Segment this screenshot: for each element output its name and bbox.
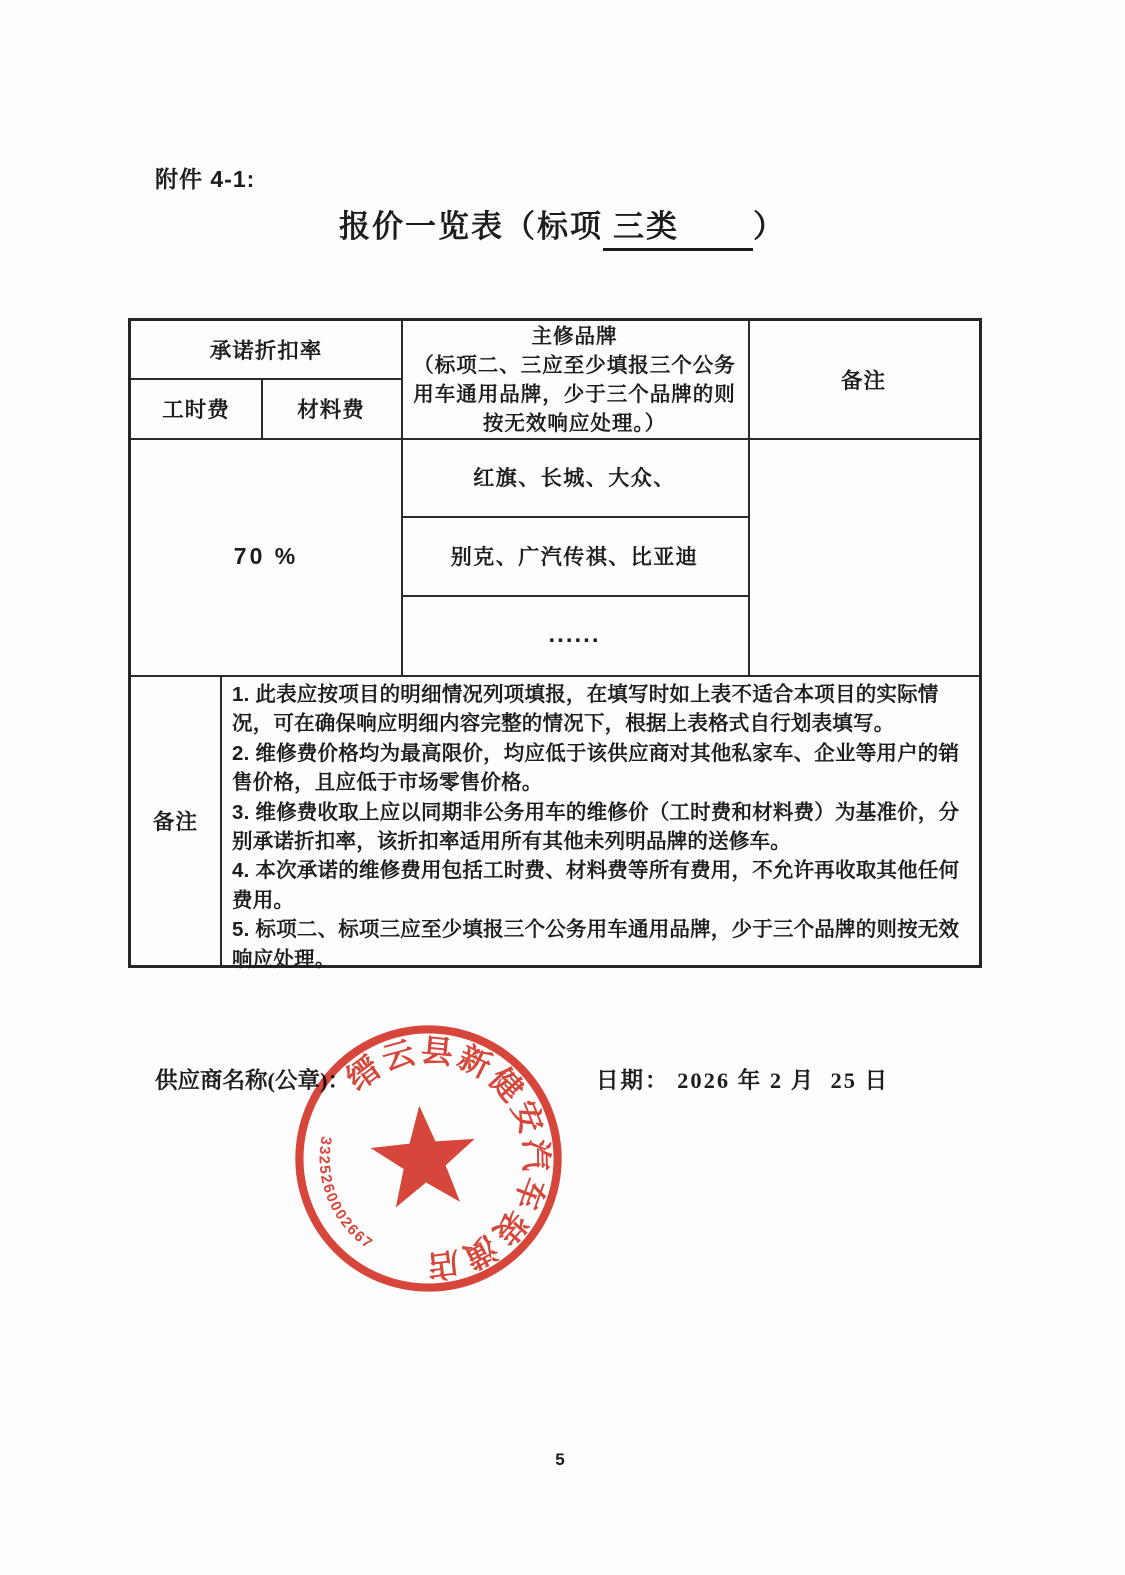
attachment-label: 附件 4-1: [155,161,255,194]
supplier-name-label: 供应商名称(公章)： [155,1063,350,1095]
page-number: 5 [540,1450,580,1470]
seal-outer-ring [284,1014,573,1303]
page-title: 报价一览表（标项三类） [0,201,1125,251]
svg-text:缙云县新健安汽车装潢店: 缙云县新健安汽车装潢店 [332,1014,573,1295]
seal-company-name: 缙云县新健安汽车装潢店 [332,1014,573,1295]
company-seal-stamp: 缙云县新健安汽车装潢店 3325260002667 [284,1014,573,1303]
header-main-brands-note: （标项二、三应至少填报三个公务用车通用品牌，少于三个品牌的则按无效响应处理。） [407,351,742,438]
brand-row-1: 红旗、长城、大众、 [401,438,748,516]
remark-item-1: 1. 此表应按项目的明细情况列项填报，在填写时如上表不适合本项目的实际情况，可在… [232,680,969,739]
remarks-content-cell: 1. 此表应按项目的明细情况列项填报，在填写时如上表不适合本项目的实际情况，可在… [220,675,979,965]
remark-item-5: 5. 标项二、标项三应至少填报三个公务用车通用品牌，少于三个品牌的则按无效响应处… [232,915,969,974]
title-prefix: 报价一览表（标项 [339,201,603,246]
remark-item-2: 2. 维修费价格均为最高限价，均应低于该供应商对其他私家车、企业等用户的销售价格… [232,739,969,798]
brand-row-3: ...... [401,595,748,675]
header-labor-fee: 工时费 [131,378,261,438]
header-material-fee: 材料费 [261,378,401,438]
svg-text:3325260002667: 3325260002667 [299,1130,381,1261]
date-label: 日期： [596,1068,670,1093]
seal-star-icon [363,1091,495,1226]
remarks-label-cell: 备注 [131,675,220,965]
date-value: 2026 年 2 月 25 日 [677,1068,889,1093]
remark-item-4: 4. 本次承诺的维修费用包括工时费、材料费等所有费用，不允许再收取其他任何费用。 [232,856,969,915]
remarks-empty-cell [748,438,979,675]
discount-value-cell: 70 % [131,438,401,675]
title-blank-value: 三类 [603,201,753,251]
seal-registration-number: 3325260002667 [299,1130,381,1261]
quotation-table: 承诺折扣率 工时费 材料费 主修品牌 （标项二、三应至少填报三个公务用车通用品牌… [128,318,982,968]
document-page: 附件 4-1: 报价一览表（标项三类） 承诺折扣率 工时费 材料费 主修品牌 （… [0,0,1125,1575]
brand-row-2: 别克、广汽传祺、比亚迪 [401,516,748,595]
header-main-brands-title: 主修品牌 [532,322,618,351]
date-line: 日期： 2026 年 2 月 25 日 [596,1063,889,1095]
header-main-brands: 主修品牌 （标项二、三应至少填报三个公务用车通用品牌，少于三个品牌的则按无效响应… [401,321,748,438]
header-remarks: 备注 [748,321,979,438]
title-suffix: ） [753,201,786,246]
remark-item-3: 3. 维修费收取上应以同期非公务用车的维修价（工时费和材料费）为基准价，分别承诺… [232,798,969,857]
header-discount-rate: 承诺折扣率 [131,321,401,378]
